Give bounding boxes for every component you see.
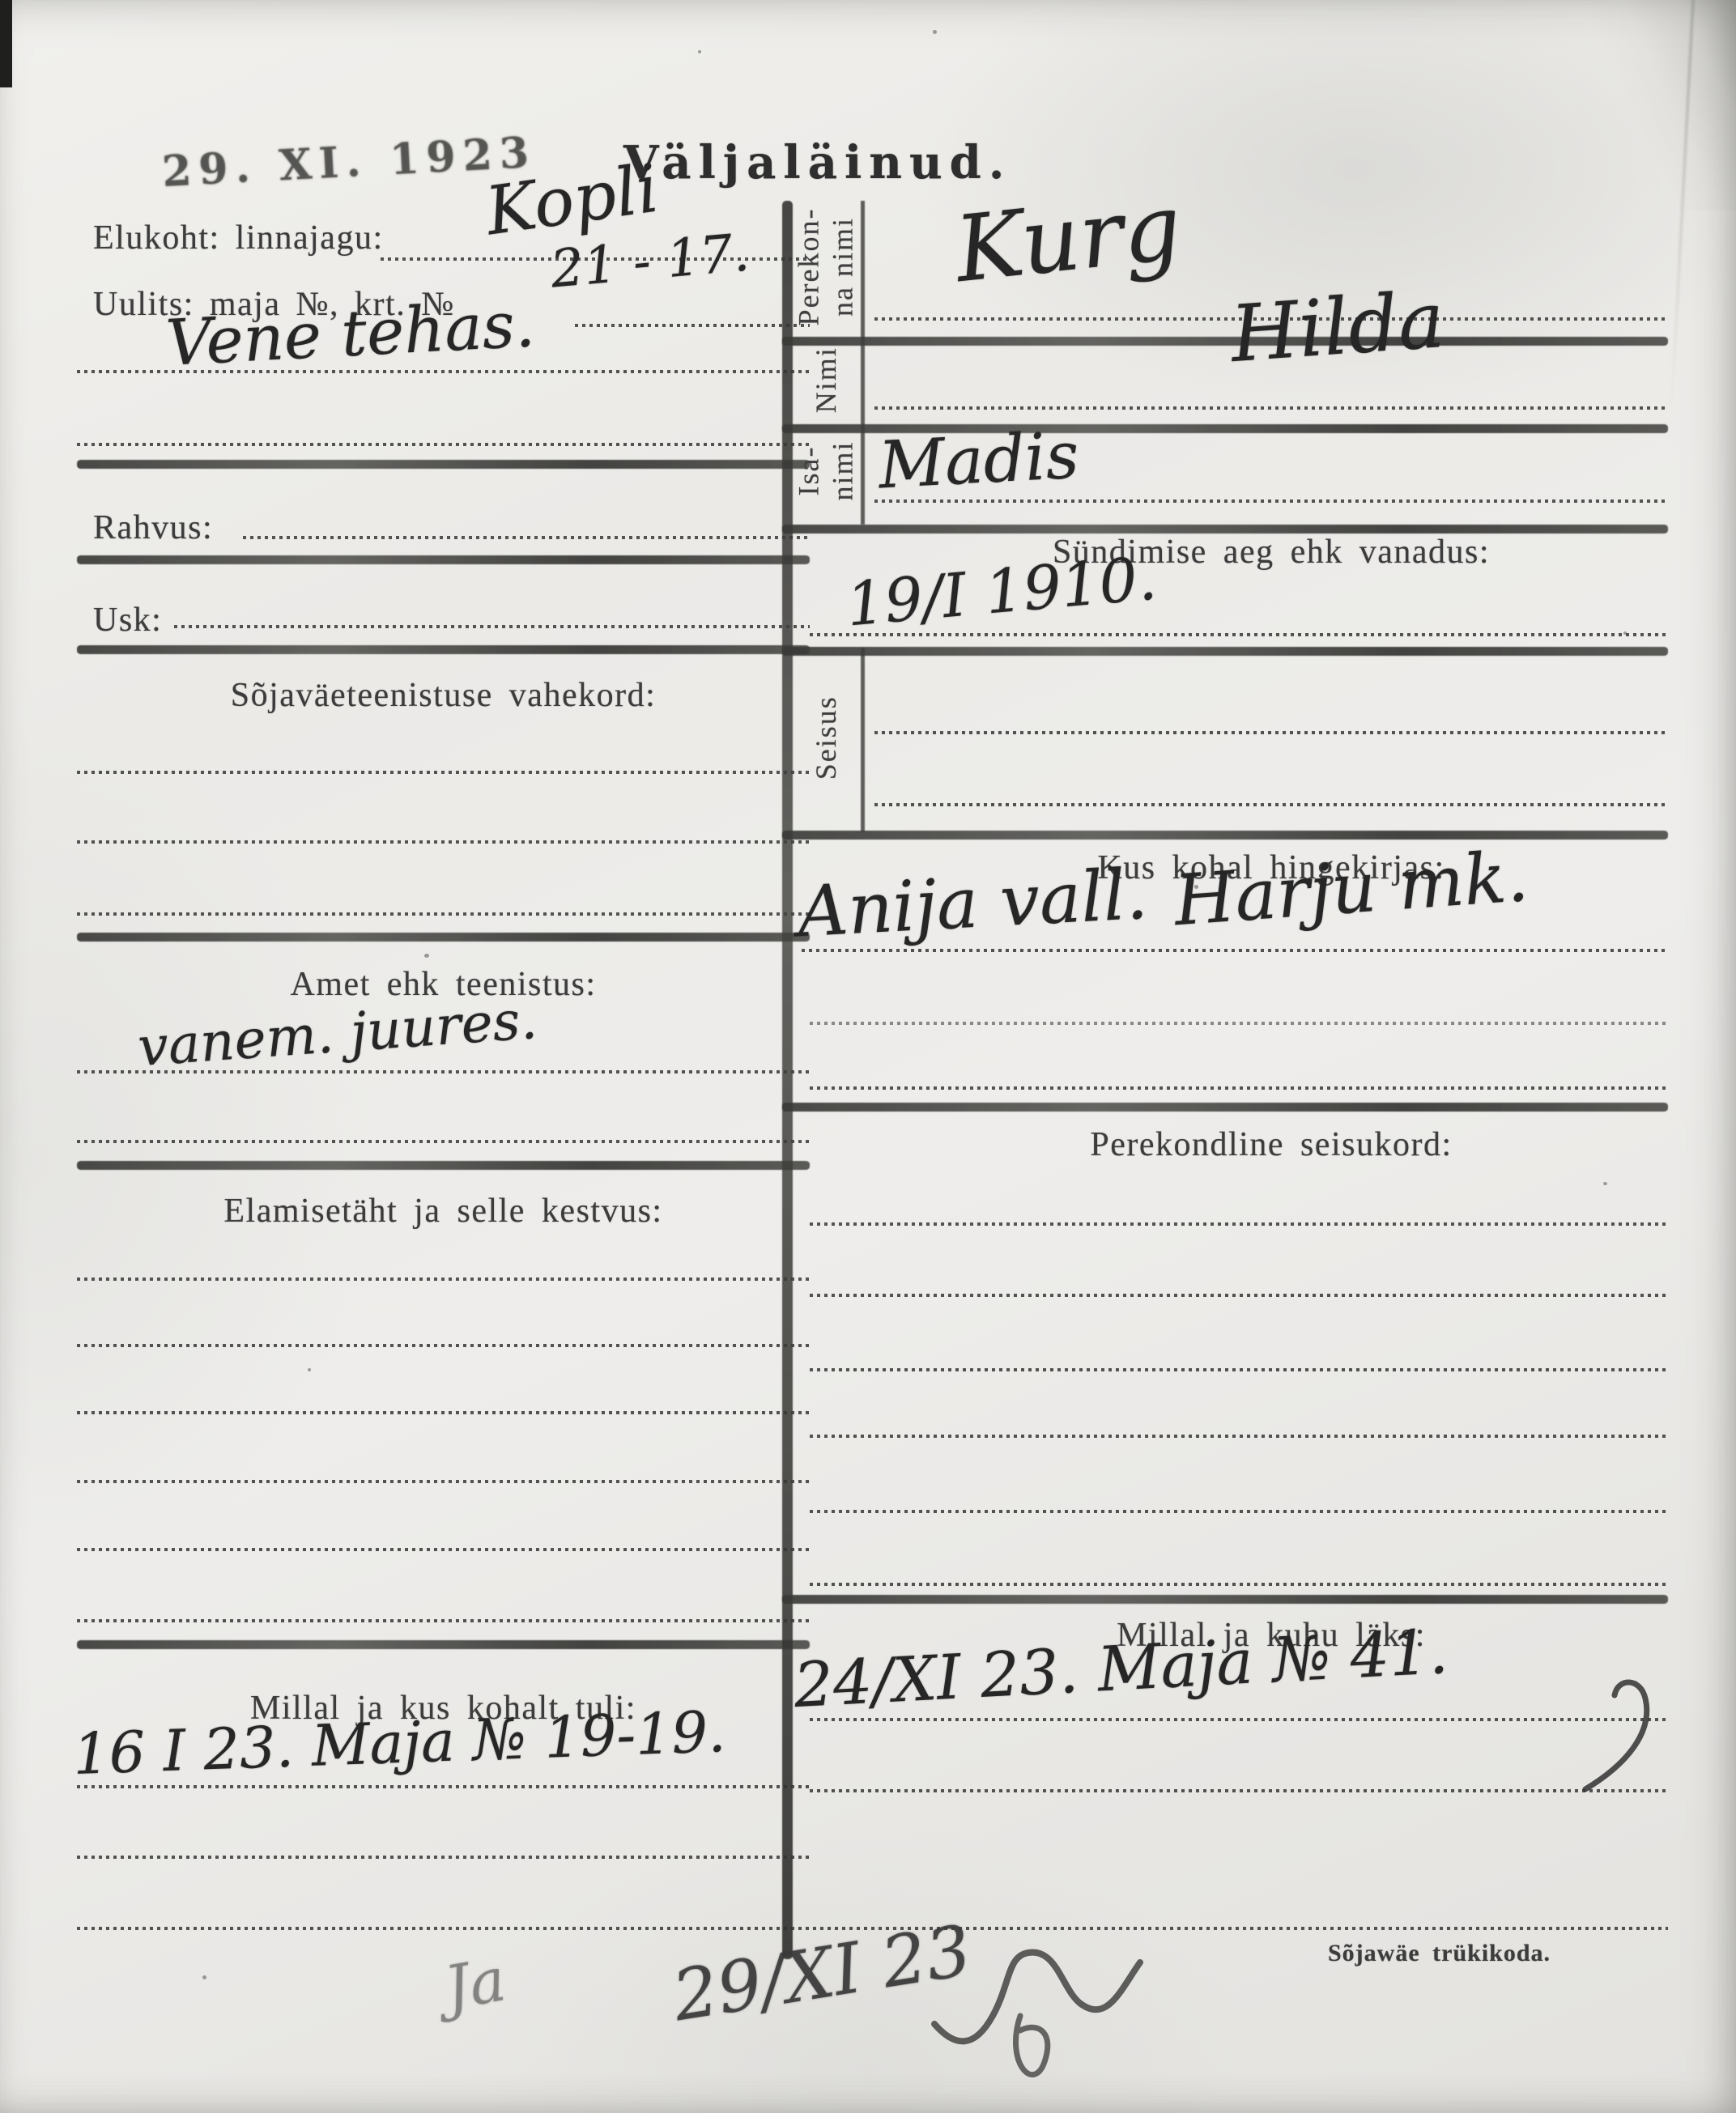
rule-thick xyxy=(77,555,810,564)
rule-dotted xyxy=(77,443,810,446)
rule-dotted xyxy=(874,803,1668,806)
date-stamp: 29. XI. 1923 xyxy=(161,128,538,197)
rule-dotted xyxy=(810,1294,1668,1297)
rule-dotted xyxy=(810,1086,1668,1090)
father-name-label-vertical: Isa- nimi xyxy=(792,418,861,523)
rule-dotted xyxy=(77,912,810,916)
rule-dotted xyxy=(77,1480,810,1483)
paper-speck xyxy=(698,50,701,53)
first-name-label-vertical: Nimi xyxy=(809,331,843,428)
rule-dotted xyxy=(77,1411,810,1414)
rule-dotted xyxy=(77,1344,810,1347)
surname-label-vertical: Perekon- na nimi xyxy=(792,189,861,343)
rule-dotted xyxy=(77,1548,810,1551)
status-label-vertical: Seisus xyxy=(809,653,843,823)
parish-value-handwriting-1: Anija vall. xyxy=(796,854,1150,953)
paper-speck xyxy=(202,1975,206,1979)
handwriting-flourish xyxy=(1563,1666,1708,1796)
residence-permit-label: Elamisetäht ja selle kestvus: xyxy=(77,1192,810,1231)
rule-dotted xyxy=(77,1785,810,1788)
rule-thick xyxy=(77,1161,810,1170)
rule-dotted xyxy=(810,1510,1668,1513)
rule-dotted xyxy=(77,370,810,373)
document-title: Väljaläinud. xyxy=(623,136,1011,189)
rule-dotted xyxy=(77,1140,810,1143)
rule-dotted xyxy=(77,1070,810,1074)
rule-thick xyxy=(77,645,810,654)
rule-dotted xyxy=(874,406,1668,410)
rule-thick xyxy=(77,933,810,942)
rule-thick xyxy=(77,1640,810,1649)
rule-thick xyxy=(782,1103,1668,1112)
status-label: Seisus xyxy=(810,695,842,780)
military-service-label: Sõjaväeteenistuse vahekord: xyxy=(77,676,810,715)
rule-dotted xyxy=(810,1583,1668,1586)
nationality-label: Rahvus: xyxy=(93,508,213,547)
first-name-value-handwriting: Hilda xyxy=(1228,274,1447,380)
father-name-label-line2: nimi xyxy=(827,440,859,500)
rule-dotted xyxy=(810,1222,1668,1226)
paper-speck xyxy=(308,1368,311,1371)
rule-dotted xyxy=(77,1619,810,1622)
rule-dotted xyxy=(874,500,1668,503)
document-scan: 29. XI. 1923 Väljaläinud. Elukoht: linna… xyxy=(0,0,1736,2113)
rule-dotted xyxy=(575,324,810,327)
rule-dotted xyxy=(810,1022,1668,1025)
paper-speck xyxy=(933,30,937,34)
printer-credit: Sõjawäe trükikoda. xyxy=(1328,1940,1551,1967)
scan-edge-artifact xyxy=(0,0,12,87)
paper-speck xyxy=(1603,1182,1607,1185)
rule-thick xyxy=(782,1595,1668,1604)
rule-dotted xyxy=(174,625,810,628)
label-column-line xyxy=(861,201,865,525)
father-name-value-handwriting: Madis xyxy=(877,418,1081,504)
rule-dotted xyxy=(802,949,1668,952)
father-name-label-line1: Isa- xyxy=(793,445,825,495)
rule-dotted xyxy=(810,1435,1668,1438)
rule-thick xyxy=(782,831,1668,840)
rule-thick xyxy=(782,647,1668,656)
paper-speck xyxy=(424,954,429,958)
rule-dotted xyxy=(810,1718,1668,1721)
rule-dotted xyxy=(77,1856,810,1859)
surname-value-handwriting: Kurg xyxy=(951,175,1186,303)
rule-dotted xyxy=(810,1789,1668,1792)
family-status-label: Perekondline seisukord: xyxy=(874,1125,1668,1164)
pencil-note-handwriting: Ja xyxy=(440,1945,511,2024)
rule-dotted xyxy=(874,731,1668,734)
rule-dotted xyxy=(77,840,810,844)
rule-dotted xyxy=(810,633,1668,636)
surname-label-line2: na nimi xyxy=(827,217,859,317)
surname-label-line1: Perekon- xyxy=(793,207,825,325)
rule-dotted xyxy=(77,1278,810,1281)
first-name-label: Nimi xyxy=(810,346,842,413)
rule-dotted xyxy=(77,771,810,774)
signature-flourish xyxy=(923,1927,1150,2105)
rule-dotted xyxy=(243,536,810,539)
rule-thick xyxy=(77,460,810,469)
residence-district-label: Elukoht: linnajagu: xyxy=(93,219,384,257)
paper-corner-shadow xyxy=(1582,0,1736,210)
rule-dotted xyxy=(810,1368,1668,1371)
rule-thick xyxy=(782,337,1668,346)
religion-label: Usk: xyxy=(93,601,162,640)
label-column-line xyxy=(861,648,865,832)
